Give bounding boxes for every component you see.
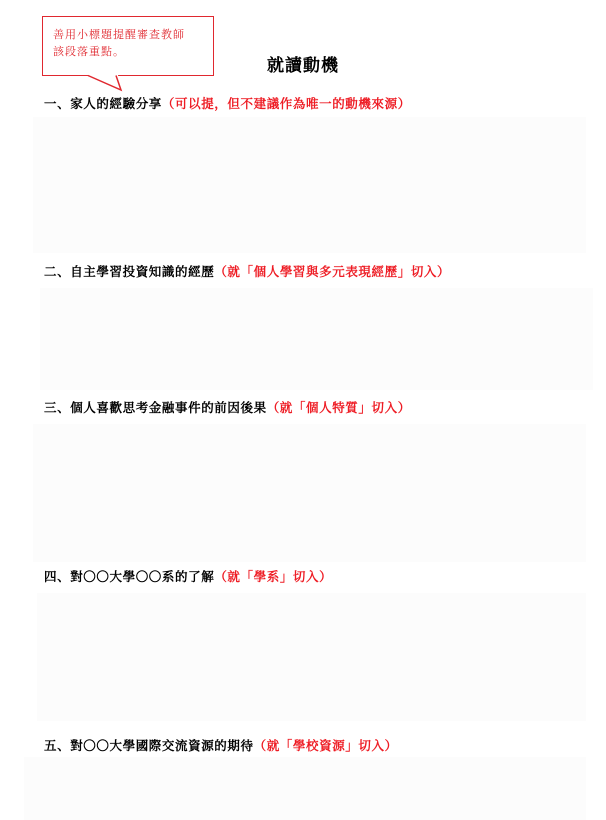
section-title: 五、對〇〇大學國際交流資源的期待 [44,738,254,753]
section-title: 三、個人喜歡思考金融事件的前因後果 [44,400,267,415]
section-title: 一、家人的經驗分享 [44,96,162,111]
section-note: （就「學系」切入） [214,569,332,584]
page-title: 就讀動機 [0,51,606,76]
section-heading-3: 三、個人喜歡思考金融事件的前因後果（就「個人特質」切入） [44,398,411,416]
callout-line-1: 善用小標題提醒審查教師 [53,26,203,43]
section-note: （就「個人特質」切入） [267,400,411,415]
content-placeholder-3 [33,424,586,562]
content-placeholder-4 [37,593,586,721]
content-placeholder-2 [40,288,593,390]
section-note: （可以提，但不建議作為唯一的動機來源） [162,96,411,111]
section-title: 二、自主學習投資知識的經歷 [44,264,214,279]
section-note: （就「學校資源」切入） [254,738,398,753]
section-note: （就「個人學習與多元表現經歷」切入） [214,264,450,279]
content-placeholder-5 [24,757,586,820]
section-heading-1: 一、家人的經驗分享（可以提，但不建議作為唯一的動機來源） [44,94,411,112]
page-title-text: 就讀動機 [267,56,339,76]
section-title: 四、對〇〇大學〇〇系的了解 [44,569,214,584]
section-heading-2: 二、自主學習投資知識的經歷（就「個人學習與多元表現經歷」切入） [44,262,450,280]
section-heading-5: 五、對〇〇大學國際交流資源的期待（就「學校資源」切入） [44,736,398,754]
content-placeholder-1 [33,117,586,253]
section-heading-4: 四、對〇〇大學〇〇系的了解（就「學系」切入） [44,567,332,585]
